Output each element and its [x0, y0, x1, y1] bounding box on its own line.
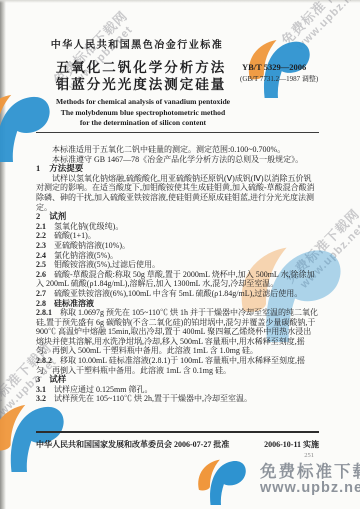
clause-2-8: 2.8硅标准溶液 — [36, 299, 319, 309]
clause-text: 移取 10.00mL 硅标准溶液(2.8.1)于 100mL 容量瓶中,用水稀释… — [36, 356, 305, 375]
site-url-label: www.upbz.net — [260, 481, 360, 496]
clause-number: 3.2 — [36, 394, 46, 403]
clause-text: 试样应通过 0.125mm 筛孔。 — [54, 385, 152, 394]
clause-text: 钼酸铵溶液(5%),过滤后使用。 — [54, 260, 160, 269]
section-1-heading: 1方法提要 — [36, 164, 319, 174]
standard-number: YB/T 5329—2006 — [242, 62, 306, 72]
clause-number: 2.5 — [36, 260, 46, 269]
clause-number: 3.1 — [36, 385, 46, 394]
section-3-title: 试样 — [49, 374, 66, 384]
document-title-en-line1: Methods for chemical analysis of vanadiu… — [30, 97, 256, 108]
standard-class-heading: 中华人民共和国黑色冶金行业标准 — [30, 36, 244, 51]
section-3-heading: 3试样 — [36, 375, 319, 385]
clause-text: 硫酸(1+1)。 — [54, 231, 96, 240]
clause-text: 硫酸-草酸混合酸:称取 50g 草酸,置于 2000mL 烧杯中,加入 500m… — [36, 270, 315, 289]
document-title-cn: 五氧化二钒化学分析方法 钼蓝分光光度法测定硅量 — [30, 59, 252, 93]
footer-upbz-logo: 免费标准下载网 www.upbz.net — [188, 455, 360, 505]
clause-number: 2.7 — [36, 289, 46, 298]
scope-paragraph: 本标准适用于五氧化二钒中硅量的测定。测定范围:0.100~0.700%。 — [36, 145, 319, 155]
clause-number: 2.3 — [36, 241, 46, 250]
document-title-en: Methods for chemical analysis of vanadiu… — [30, 97, 256, 129]
section-2-heading: 2试剂 — [36, 212, 319, 222]
clause-text: 硫酸亚铁铵溶液(6%),100mL 中含有 5mL 硫酸(ρ1.84g/mL),… — [54, 289, 302, 298]
document-title-en-line3: for the determination of silicon content — [30, 118, 256, 129]
clause-2-7: 2.7硫酸亚铁铵溶液(6%),100mL 中含有 5mL 硫酸(ρ1.84g/m… — [36, 289, 319, 299]
section-1-number: 1 — [36, 163, 40, 173]
clause-text: 称取 1.0697g 预先在 105~110℃ 烘 1h 并于干燥器中冷却至室温… — [36, 308, 318, 355]
clause-2-3: 2.3亚硫酸钠溶液(10%)。 — [36, 241, 319, 251]
clause-text: 试样预先在 105~110℃ 烘 2h,置于干燥器中,冷却至室温。 — [54, 394, 252, 403]
header-divider — [36, 132, 319, 133]
standard-document-page: 免费标准下载网 www.upbz.net 免费标准下载网 www.upbz.ne… — [0, 0, 360, 509]
clause-2-6: 2.6硫酸-草酸混合酸:称取 50g 草酸,置于 2000mL 烧杯中,加入 5… — [36, 270, 319, 289]
document-title-line2: 钼蓝分光光度法测定硅量 — [30, 76, 252, 93]
clause-3-1: 3.1试样应通过 0.125mm 筛孔。 — [36, 385, 319, 395]
site-name-label: 免费标准下载网 — [260, 464, 360, 481]
section-1-title: 方法提要 — [49, 163, 83, 173]
footer-logo-text: 免费标准下载网 www.upbz.net — [260, 464, 360, 497]
document-title-en-line2: The molybdenum blue spectrophotometric m… — [30, 108, 256, 119]
section-1-paragraph: 试样以氢氧化钠熔融,硫酸酸化,用亚硫酸钠还原钒(Ⅴ)成钒(Ⅳ)以消除五价钒对测定… — [36, 174, 319, 212]
section-2-number: 2 — [36, 211, 40, 221]
clause-2-5: 2.5钼酸铵溶液(5%),过滤后使用。 — [36, 260, 319, 270]
section-3-number: 3 — [36, 374, 40, 384]
upbz-logo-icon — [0, 398, 70, 472]
clause-number: 2.1 — [36, 222, 46, 231]
footer-divider — [36, 431, 319, 433]
clause-text: 氯化钠溶液(5%)。 — [54, 251, 118, 260]
implementation-date: 2006-10-11 实施 — [264, 439, 319, 450]
clause-2-8-2: 2.8.2移取 10.00mL 硅标准溶液(2.8.1)于 100mL 容量瓶中… — [36, 356, 319, 375]
clause-number: 2.8.2 — [36, 356, 52, 365]
clause-text: 氢氧化钠(优级纯)。 — [54, 222, 123, 231]
footer-row: 中华人民共和国国家发展和改革委员会 2006-07-27 批准 2006-10-… — [36, 439, 319, 450]
scan-edge-top — [0, 0, 360, 3]
clause-text: 硅标准溶液 — [54, 299, 94, 308]
clause-text: 亚硫酸钠溶液(10%)。 — [54, 241, 130, 250]
standard-number-note: (GB/T 7731.2—1987 调整) — [240, 74, 318, 84]
clause-number: 2.8 — [36, 299, 46, 308]
clause-number: 2.4 — [36, 251, 46, 260]
upbz-logo-icon — [188, 455, 254, 505]
clause-2-1: 2.1氢氧化钠(优级纯)。 — [36, 222, 319, 232]
clause-2-4: 2.4氯化钠溶液(5%)。 — [36, 251, 319, 261]
clause-number: 2.6 — [36, 270, 46, 279]
clause-2-8-1: 2.8.1称取 1.0697g 预先在 105~110℃ 烘 1h 并于干燥器中… — [36, 308, 319, 356]
section-2-title: 试剂 — [49, 211, 66, 221]
document-body: 本标准适用于五氧化二钒中硅量的测定。测定范围:0.100~0.700%。 本标准… — [36, 145, 319, 404]
document-title-line1: 五氧化二钒化学分析方法 — [30, 59, 252, 76]
clause-2-2: 2.2硫酸(1+1)。 — [36, 231, 319, 241]
approval-statement: 中华人民共和国国家发展和改革委员会 2006-07-27 批准 — [36, 439, 229, 450]
clause-number: 2.8.1 — [36, 308, 52, 317]
clause-3-2: 3.2试样预先在 105~110℃ 烘 2h,置于干燥器中,冷却至室温。 — [36, 394, 319, 404]
clause-number: 2.2 — [36, 231, 46, 240]
